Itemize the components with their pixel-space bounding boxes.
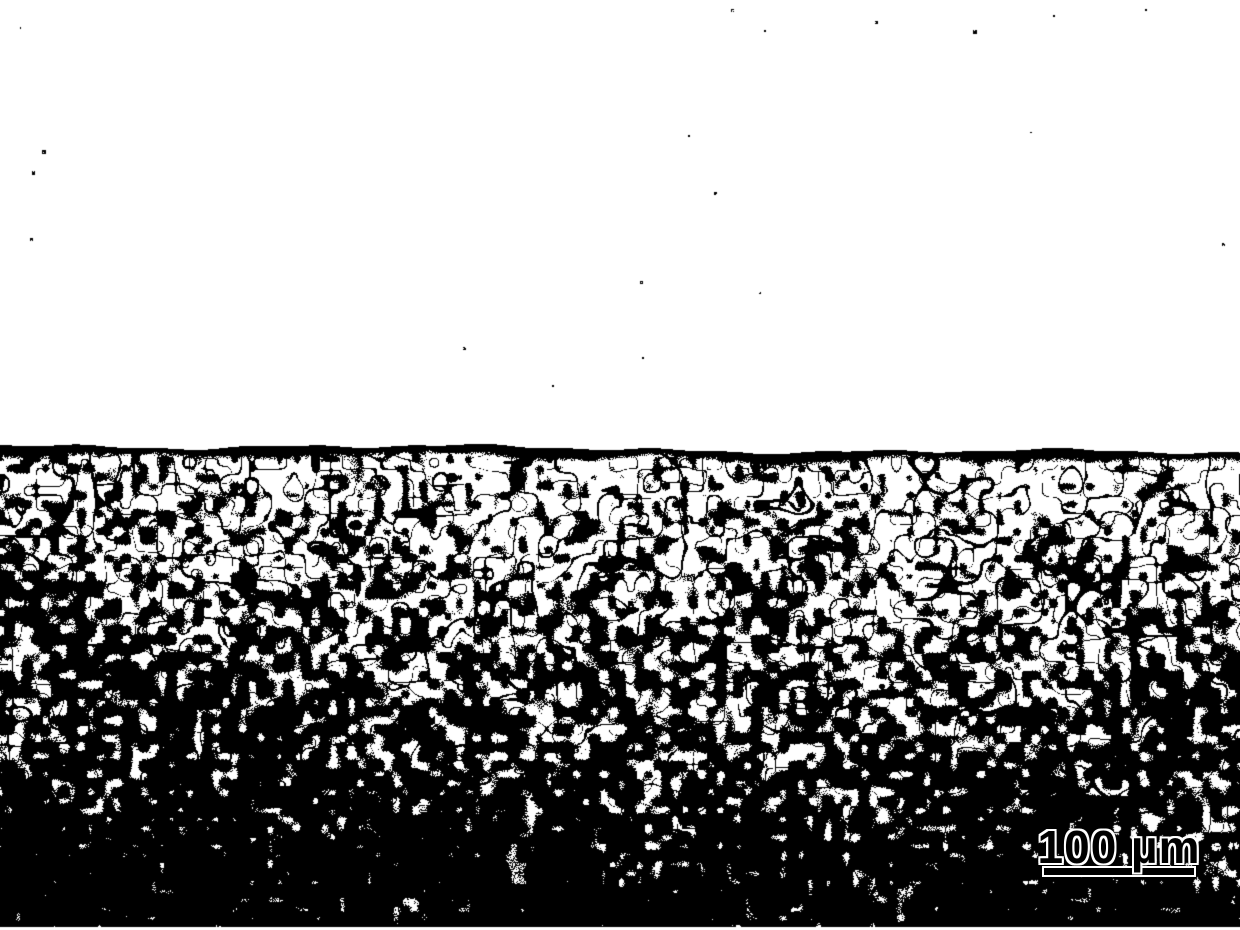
microstructure-canvas — [0, 0, 1240, 930]
micrograph-image: 100 µm — [0, 0, 1240, 930]
scale-bar-label: 100 µm — [1024, 824, 1214, 870]
scale-bar: 100 µm — [1024, 824, 1214, 875]
